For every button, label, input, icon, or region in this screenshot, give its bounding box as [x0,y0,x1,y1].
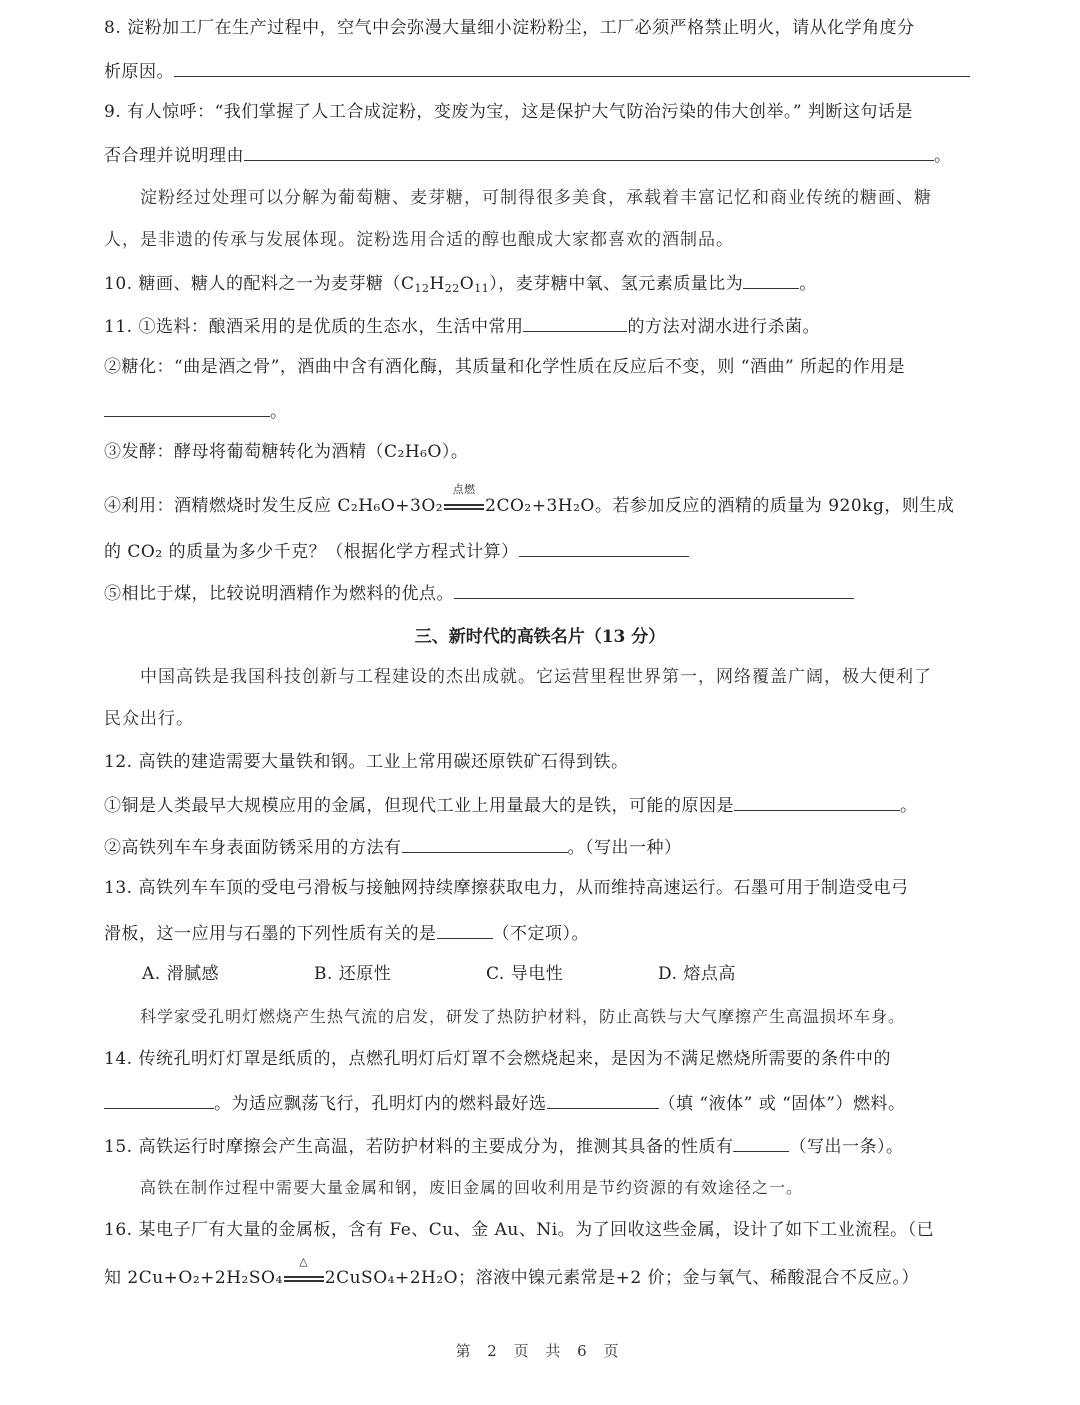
option-c[interactable]: C. 导电性 [486,962,658,986]
passage2-line2: 民众出行。 [104,707,194,731]
page-footer: 第 2 页 共 6 页 [0,1340,1080,1361]
q15-end: （写出一条）。 [789,1137,903,1157]
answer-blank-q14-2[interactable] [547,1090,659,1109]
answer-blank-q12-2[interactable] [402,834,568,853]
q8-line1: 8. 淀粉加工厂在生产过程中，空气中会弥漫大量细小淀粉粉尘，工厂必须严格禁止明火… [104,16,915,40]
q10-pre: 10. 糖画、糖人的配料之一为麦芽糖（C [104,274,414,294]
q12-p1: ①铜是人类最早大规模应用的金属，但现代工业上用量最大的是铁，可能的原因是 [104,796,734,816]
q11-p1-post: 的方法对湖水进行杀菌。 [627,317,820,337]
passage4-line1: 高铁在制作过程中需要大量金属和钢，废旧金属的回收利用是节约资源的有效途径之一。 [140,1176,803,1200]
heat-triangle-icon: △ [283,1250,325,1274]
q14-line2-mid: 。为适应飘荡飞行，孔明灯内的燃料最好选 [214,1094,547,1114]
q9-line2: 否合理并说明理由 [104,146,244,166]
q10-sub2: 22 [445,282,460,295]
reaction-condition-ignite: 点燃 [443,494,485,518]
answer-blank-q9[interactable] [244,142,934,161]
q16-line2-post: 2CuSO₄+2H₂O；溶液中镍元素常是+2 价；金与氧气、稀酸混合不反应。） [325,1268,919,1288]
q10-sub1: 12 [414,282,429,295]
q11-p4-line2: 的 CO₂ 的质量为多少千克？（根据化学方程式计算） [104,542,519,562]
condition-label: 点燃 [443,478,485,502]
answer-blank-q10[interactable] [743,270,799,289]
q11-p4-pre: ④利用：酒精燃烧时发生反应 C₂H₆O+3O₂ [104,496,443,516]
q12-p2-end: 。（写出一种） [568,838,682,858]
q16-line2-pre: 知 2Cu+O₂+2H₂SO₄ [104,1268,283,1288]
answer-blank-q13[interactable] [437,920,493,939]
q11-p2-end: 。 [270,402,288,422]
q14-line2-end: （填 “液体” 或 “固体”）燃料。 [659,1094,906,1114]
q13-line2: 滑板，这一应用与石墨的下列性质有关的是 [104,924,437,944]
q10-post: ），麦芽糖中氧、氢元素质量比为 [489,274,743,294]
option-b[interactable]: B. 还原性 [314,962,486,986]
answer-blank-q8[interactable] [174,58,970,77]
q13-line1: 13. 高铁列车车顶的受电弓滑板与接触网持续摩擦获取电力，从而维持高速运行。石墨… [104,876,908,900]
answer-blank-q11-1[interactable] [523,313,627,332]
q11-p3: ③发酵：酵母将葡萄糖转化为酒精（C₂H₆O）。 [104,440,468,464]
section-title: 三、新时代的高铁名片（13 分） [0,622,1080,647]
q11-p5: ⑤相比于煤，比较说明酒精作为燃料的优点。 [104,584,454,604]
answer-blank-q12-1[interactable] [734,792,900,811]
q11-p4-post: 2CO₂+3H₂O。若参加反应的酒精的质量为 920kg，则生成 [485,496,954,516]
q11-p1-pre: 11. ①选料：酿酒采用的是优质的生态水，生活中常用 [104,317,523,337]
q10-sub3: 11 [474,282,489,295]
q12-p1-end: 。 [900,796,918,816]
equals-sign-icon [444,504,484,510]
reaction-condition-heat: △ [283,1266,325,1290]
answer-blank-q11-5[interactable] [454,580,854,599]
answer-blank-q11-4[interactable] [519,538,689,557]
option-a[interactable]: A. 滑腻感 [142,962,314,986]
q15-pre: 15. 高铁运行时摩擦会产生高温，若防护材料的主要成分为，推测其具备的性质有 [104,1137,733,1157]
answer-blank-q11-2[interactable] [104,398,270,417]
q12-stem: 12. 高铁的建造需要大量铁和钢。工业上常用碳还原铁矿石得到铁。 [104,750,628,774]
q12-p2: ②高铁列车车身表面防锈采用的方法有 [104,838,402,858]
q16-line1: 16. 某电子厂有大量的金属板，含有 Fe、Cu、金 Au、Ni。为了回收这些金… [104,1218,934,1242]
q9-end: 。 [934,146,952,166]
passage1-line2: 人，是非遗的传承与发展体现。淀粉选用合适的醇也酿成大家都喜欢的酒制品。 [104,228,734,252]
q10-end: 。 [799,274,817,294]
equals-sign-icon [284,1276,324,1282]
answer-blank-q14-1[interactable] [104,1090,214,1109]
option-d[interactable]: D. 熔点高 [658,962,830,986]
q10-h: H [429,274,444,294]
q14-line1: 14. 传统孔明灯灯罩是纸质的，点燃孔明灯后灯罩不会燃烧起来，是因为不满足燃烧所… [104,1047,891,1071]
q9-line1: 9. 有人惊呼：“我们掌握了人工合成淀粉，变废为宝，这是保护大气防治污染的伟大创… [104,100,913,124]
answer-blank-q15[interactable] [733,1133,789,1152]
q8-line2: 析原因。 [104,62,174,82]
passage1-line1: 淀粉经过处理可以分解为葡萄糖、麦芽糖，可制得很多美食，承载着丰富记忆和商业传统的… [140,186,932,210]
question-15: 15. 高铁运行时摩擦会产生高温，若防护材料的主要成分为，推测其具备的性质有（写… [104,1133,903,1159]
q10-o: O [460,274,474,294]
q13-line2-end: （不定项）。 [493,924,590,944]
passage2-line1: 中国高铁是我国科技创新与工程建设的杰出成就。它运营里程世界第一，网络覆盖广阔，极… [140,665,932,689]
passage3-line1: 科学家受孔明灯燃烧产生热气流的启发，研发了热防护材料，防止高铁与大气摩擦产生高温… [140,1005,905,1029]
q11-p2: ②糖化：“曲是酒之骨”，酒曲中含有酒化酶，其质量和化学性质在反应后不变，则 “酒… [104,355,905,379]
q13-options: A. 滑腻感B. 还原性C. 导电性D. 熔点高 [142,962,830,986]
